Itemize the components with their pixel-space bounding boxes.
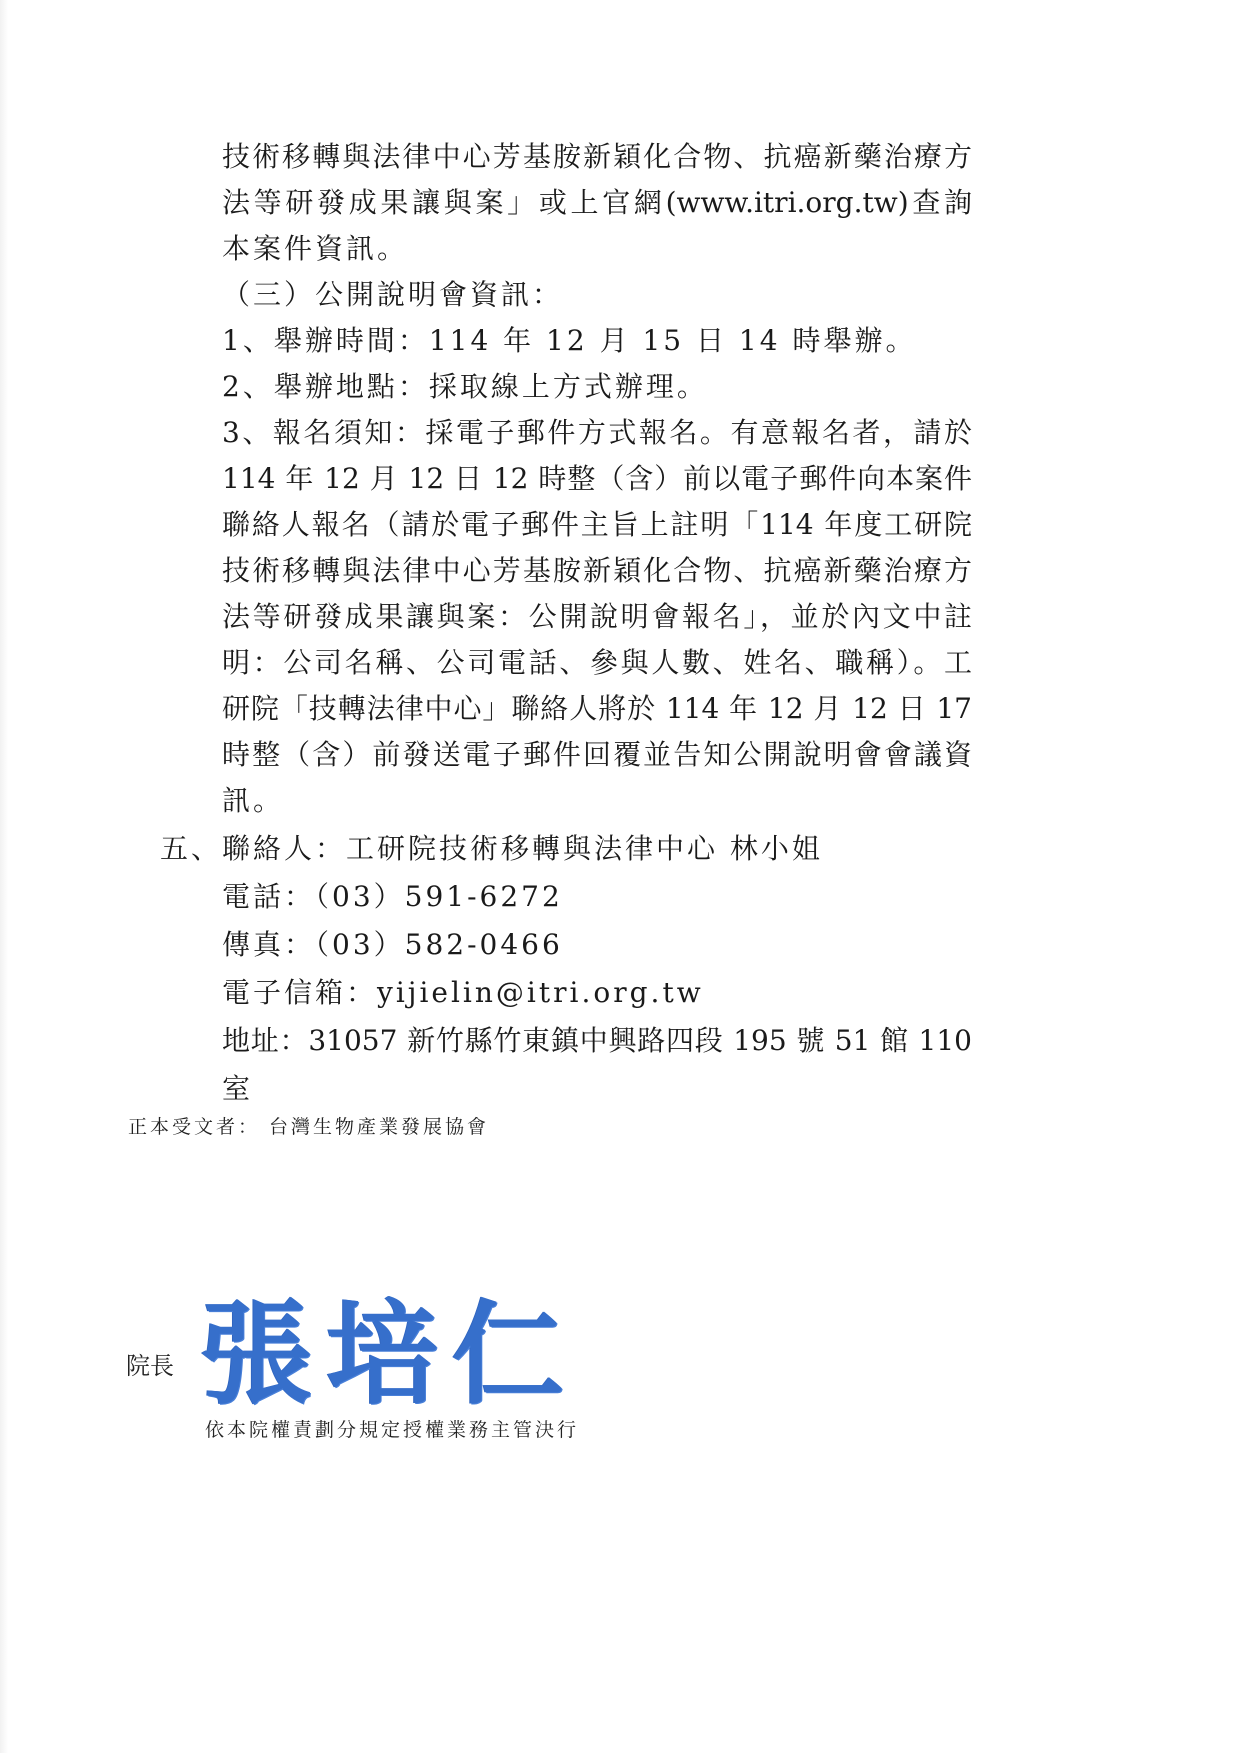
body-line: 明：公司名稱、公司電話、參與人數、姓名、職稱）。工 (222, 640, 972, 686)
event-time: 1、舉辦時間：114 年 12 月 15 日 14 時舉辦。 (222, 318, 972, 364)
body-line: 本案件資訊。 (222, 226, 972, 272)
document-page: 技術移轉與法律中心芳基胺新穎化合物、抗癌新藥治療方 法等研發成果讓與案」或上官網… (0, 0, 1240, 1753)
contact-email: 電子信箱：yijielin@itri.org.tw (222, 970, 972, 1016)
recipient-line: 正本受文者： 台灣生物產業發展協會 (128, 1112, 489, 1139)
body-line: 法等研發成果讓與案」或上官網(www.itri.org.tw)查詢 (222, 180, 972, 226)
body-line: 研院「技轉法律中心」聯絡人將於 114 年 12 月 12 日 17 (222, 686, 972, 732)
contact-phone: 電話：（03）591-6272 (222, 874, 972, 920)
event-location: 2、舉辦地點：採取線上方式辦理。 (222, 364, 972, 410)
contact-heading: 五、聯絡人：工研院技術移轉與法律中心 林小姐 (160, 826, 960, 872)
body-line: 法等研發成果讓與案：公開說明會報名」，並於內文中註 (222, 594, 972, 640)
signatory-title: 院長 (126, 1346, 174, 1381)
body-line: 技術移轉與法律中心芳基胺新穎化合物、抗癌新藥治療方 (222, 134, 972, 180)
scan-edge (0, 0, 8, 1753)
body-line: 訊。 (222, 778, 972, 824)
subsection-heading: （三）公開說明會資訊： (222, 272, 972, 318)
contact-fax: 傳真：（03）582-0466 (222, 922, 972, 968)
registration-note: 3、報名須知：採電子郵件方式報名。有意報名者，請於 (222, 410, 972, 456)
body-line: 114 年 12 月 12 日 12 時整（含）前以電子郵件向本案件 (222, 456, 972, 502)
contact-address: 地址：31057 新竹縣竹東鎮中興路四段 195 號 51 館 110 (222, 1018, 972, 1064)
contact-address-cont: 室 (222, 1066, 972, 1112)
delegation-note: 依本院權責劃分規定授權業務主管決行 (205, 1415, 579, 1442)
body-line: 聯絡人報名（請於電子郵件主旨上註明「114 年度工研院 (222, 502, 972, 548)
signature-stamp: 張培仁 (200, 1290, 578, 1420)
body-line: 技術移轉與法律中心芳基胺新穎化合物、抗癌新藥治療方 (222, 548, 972, 594)
body-line: 時整（含）前發送電子郵件回覆並告知公開說明會會議資 (222, 732, 972, 778)
